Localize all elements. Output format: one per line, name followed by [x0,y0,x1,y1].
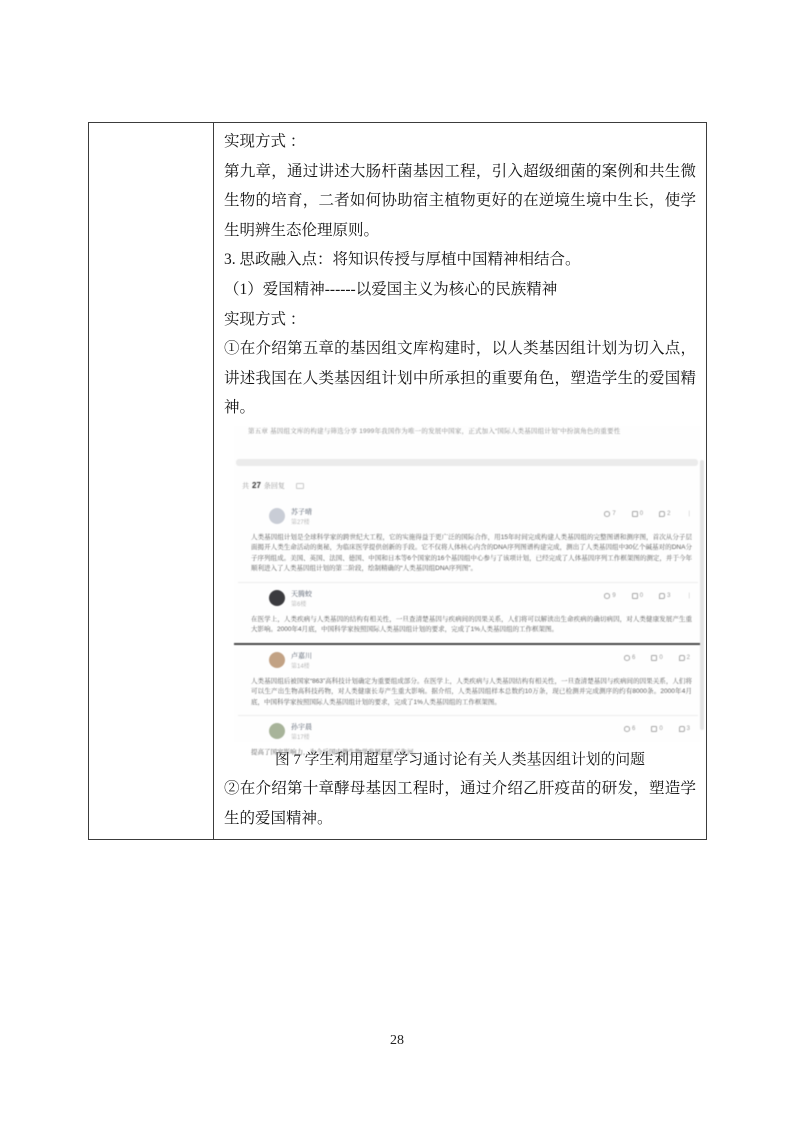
document-page: 实现方式 ： 第九章，通过讲述大肠杆菌基因工程，引入超级细菌的案例和共生微生物的… [0,0,794,1123]
reply-count-suffix: 条回复 [264,481,285,491]
table-left-cell [89,123,214,839]
comment-floor: 第27楼 [291,519,312,527]
view-count: 7 [612,511,615,517]
more-options-icon: | [688,511,690,517]
comment-text: 人类基因组计划是全球科学家的跨世纪大工程，它的实施得益于更广泛的国际合作，用15… [251,533,692,575]
paragraph-chapter5-genome: ①在介绍第五章的基因组文库构建时，以人类基因组计划为切入点，讲述我国在人类基因组… [224,334,696,423]
forum-topic-title: 第五章 基因组文库的构建与筛选分享 1999年我国作为唯一的发展中国家，正式加入… [248,426,702,435]
scrollbar [700,460,704,730]
comment-floor: 第14楼 [291,663,312,671]
reply-count-value: 27 [252,481,261,490]
like-icon [651,726,657,732]
paragraph-chapter9: 第九章，通过讲述大肠杆菌基因工程，引入超级细菌的案例和共生微生物的培育，二者如何… [224,157,696,246]
commenter-name: 孙宇晨 [291,723,312,732]
comment-text: 在医学上，人类疾病与人类基因的结构有相关性，一旦查清楚基因与疾病间的因果关系，人… [251,615,692,636]
avatar [269,508,285,524]
avatar [269,652,285,668]
commenter-name: 卢嘉川 [291,652,312,661]
paragraph-chapter10-yeast: ②在介绍第十章酵母基因工程时，通过介绍乙肝疫苗的研发，塑造学生的爱国精神。 [224,774,696,833]
like-count: 0 [659,655,662,661]
comment-text: 人类基因组后被国家“863”高科技计划确定为重要组成部分。在医学上，人类疾病与人… [251,677,692,709]
reply-icon [659,511,665,517]
reply-count: 2 [667,511,670,517]
content-table: 实现方式 ： 第九章，通过讲述大肠杆菌基因工程，引入超级细菌的案例和共生微生物的… [88,122,707,840]
view-count-icon [604,511,610,517]
reply-count: 3 [667,593,670,599]
paragraph-ideology-point: 3. 思政融入点：将知识传授与厚植中国精神相结合。 [224,245,696,275]
more-options-icon: | [688,593,690,599]
comment-row: 卢嘉川 第14楼 6 0 2 人类基因组后被国家“863”高科技计划确定为重要组… [234,645,702,716]
view-count-icon [624,655,630,661]
commenter-name: 苏子晴 [291,508,312,517]
view-count: 6 [632,655,635,661]
comment-text: 提高了国家影响力，为今后国内微生物学发展开辟了先河。 [251,748,692,759]
like-count: 0 [640,511,643,517]
like-icon [651,655,657,661]
view-count: 9 [612,593,615,599]
reply-count-line: 共 27 条回复 [242,481,702,491]
reply-icon [679,726,685,732]
avatar [269,723,285,739]
view-count: 6 [632,726,635,732]
comment-floor: 第6楼 [291,601,312,609]
like-count: 0 [659,726,662,732]
forum-toolbar [236,459,698,466]
like-count: 0 [640,593,643,599]
avatar [269,590,285,606]
table-right-cell: 实现方式 ： 第九章，通过讲述大肠杆菌基因工程，引入超级细菌的案例和共生微生物的… [214,123,706,839]
comment-floor: 第17楼 [291,734,312,742]
like-icon [632,593,638,599]
like-icon [632,511,638,517]
comment-row: 苏子晴 第27楼 7 0 2 | 人类基因组计划是全球科学家的跨世纪大工程，它的… [234,501,702,582]
reply-icon [659,593,665,599]
paragraph-impl-method-2: 实现方式 ： [224,305,696,335]
paragraph-patriotic-spirit: （1）爱国精神------以爱国主义为核心的民族精神 [224,275,696,305]
page-number: 28 [0,1033,794,1049]
reply-count-prefix: 共 [242,481,249,491]
reply-filter-icon [296,483,304,489]
commenter-name: 天腾蛟 [291,590,312,599]
view-count-icon [624,726,630,732]
forum-screenshot-image: 第五章 基因组文库的构建与筛选分享 1999年我国作为唯一的发展中国家，正式加入… [234,426,702,742]
view-count-icon [604,593,610,599]
comment-row: 孙宇晨 第17楼 6 0 3 提高了国家影响力，为今后国内微生物学发展开辟了先河… [234,716,702,766]
comment-row: 天腾蛟 第6楼 9 0 3 | 在医学上，人类疾病与人类基因的结构有相关性，一旦… [234,583,702,643]
reply-count: 3 [687,726,690,732]
comment-list: 苏子晴 第27楼 7 0 2 | 人类基因组计划是全球科学家的跨世纪大工程，它的… [234,501,702,766]
reply-icon [679,655,685,661]
reply-count: 2 [687,655,690,661]
paragraph-impl-method-1: 实现方式 ： [224,127,696,157]
